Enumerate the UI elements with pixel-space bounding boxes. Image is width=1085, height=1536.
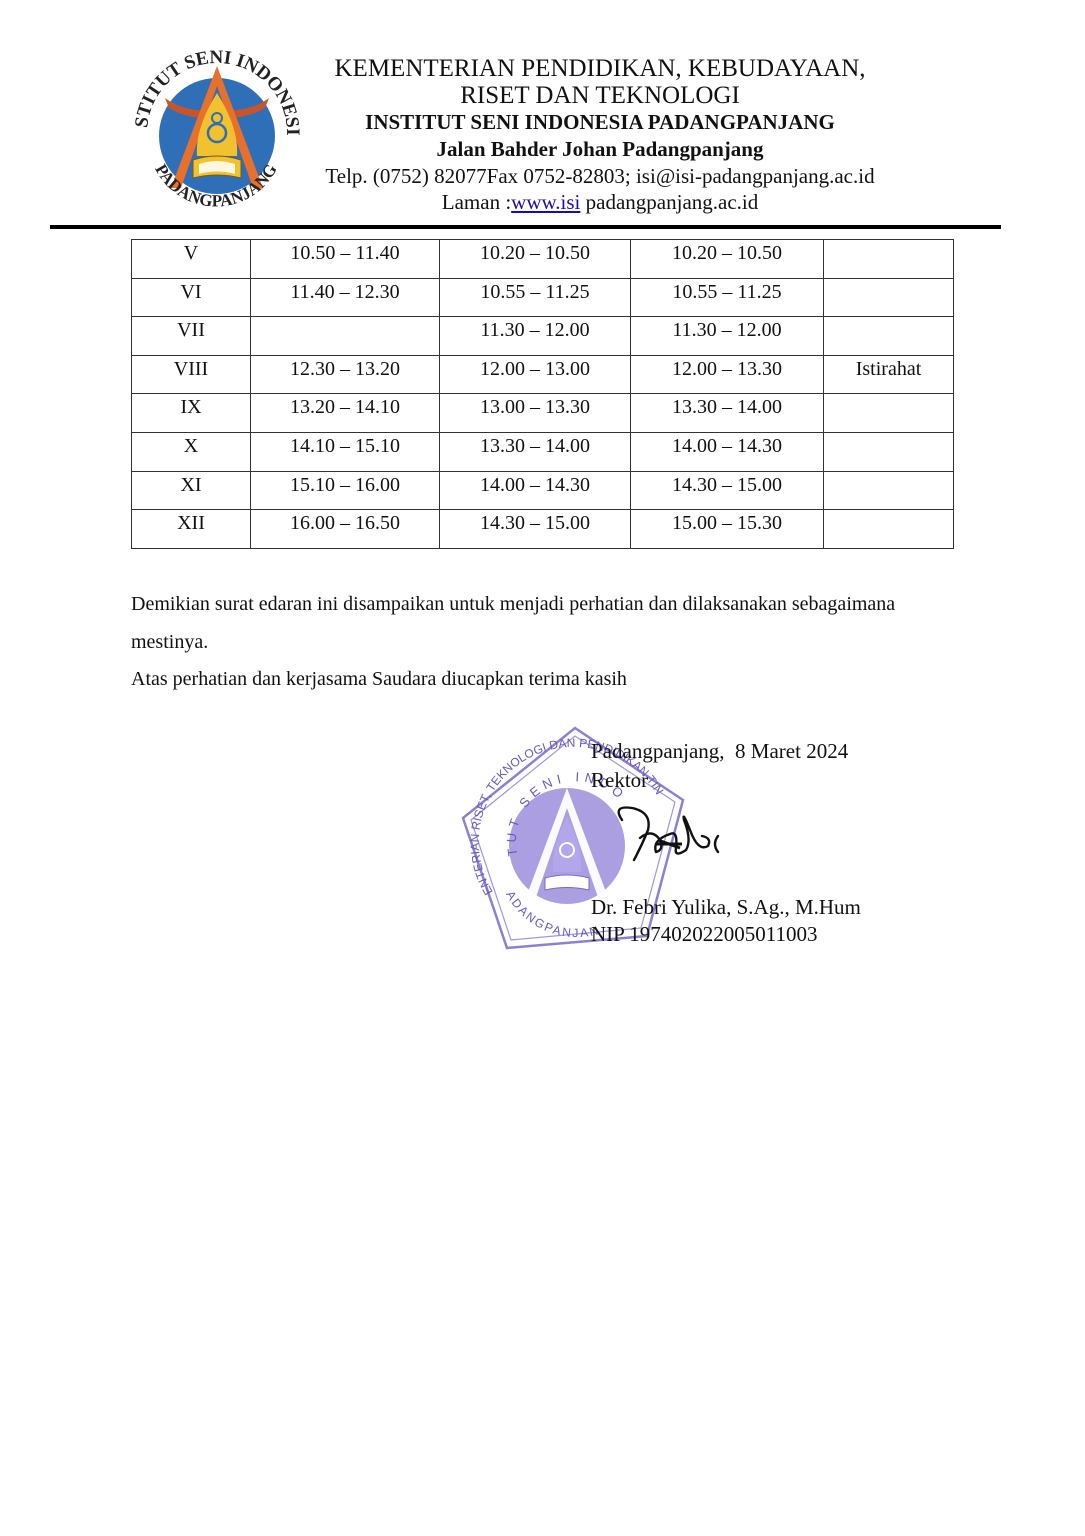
ministry-name-line2: RISET DAN TEKNOLOGI bbox=[300, 82, 900, 109]
session-number-cell: IX bbox=[132, 394, 251, 433]
session-number-cell: VIII bbox=[132, 355, 251, 394]
signatory-name: Dr. Febri Yulika, S.Ag., M.Hum bbox=[591, 893, 861, 921]
time-range-cell: 13.30 – 14.00 bbox=[440, 432, 631, 471]
schedule-table: V10.50 – 11.4010.20 – 10.5010.20 – 10.50… bbox=[131, 239, 954, 549]
contact-info: Telp. (0752) 82077Fax 0752-82803; isi@is… bbox=[300, 163, 900, 189]
time-range-cell: 10.55 – 11.25 bbox=[440, 278, 631, 317]
time-range-cell: 13.30 – 14.00 bbox=[631, 394, 824, 433]
time-range-cell: 12.00 – 13.00 bbox=[440, 355, 631, 394]
note-cell: Istirahat bbox=[824, 355, 954, 394]
signatory-nip: NIP 197402022005011003 bbox=[591, 920, 818, 948]
isi-padangpanjang-logo-icon: INSTITUT SENI INDONESIA PADANGPANJANG bbox=[125, 38, 307, 216]
time-range-cell: 15.10 – 16.00 bbox=[251, 471, 440, 510]
time-range-cell: 14.10 – 15.10 bbox=[251, 432, 440, 471]
session-number-cell: V bbox=[132, 240, 251, 279]
time-range-cell: 16.00 – 16.50 bbox=[251, 510, 440, 549]
time-range-cell bbox=[251, 317, 440, 356]
website-link[interactable]: www.isi bbox=[511, 190, 580, 214]
note-cell bbox=[824, 394, 954, 433]
note-cell bbox=[824, 471, 954, 510]
table-row: V10.50 – 11.4010.20 – 10.5010.20 – 10.50 bbox=[132, 240, 954, 279]
time-range-cell: 11.30 – 12.00 bbox=[631, 317, 824, 356]
handwritten-signature-icon bbox=[612, 800, 742, 870]
closing-paragraph: Demikian surat edaran ini disampaikan un… bbox=[131, 586, 971, 661]
session-number-cell: VI bbox=[132, 278, 251, 317]
website-suffix: padangpanjang.ac.id bbox=[580, 190, 758, 214]
time-range-cell: 14.30 – 15.00 bbox=[631, 471, 824, 510]
table-row: VI11.40 – 12.3010.55 – 11.2510.55 – 11.2… bbox=[132, 278, 954, 317]
note-cell bbox=[824, 432, 954, 471]
letterhead-text: KEMENTERIAN PENDIDIKAN, KEBUDAYAAN, RISE… bbox=[300, 55, 900, 215]
session-number-cell: XII bbox=[132, 510, 251, 549]
letterhead-divider bbox=[50, 225, 1001, 229]
session-number-cell: VII bbox=[132, 317, 251, 356]
closing-text: Demikian surat edaran ini disampaikan un… bbox=[131, 586, 971, 699]
time-range-cell: 11.30 – 12.00 bbox=[440, 317, 631, 356]
time-range-cell: 14.00 – 14.30 bbox=[631, 432, 824, 471]
table-row: VIII12.30 – 13.2012.00 – 13.0012.00 – 13… bbox=[132, 355, 954, 394]
table-row: XI15.10 – 16.0014.00 – 14.3014.30 – 15.0… bbox=[132, 471, 954, 510]
time-range-cell: 12.30 – 13.20 bbox=[251, 355, 440, 394]
time-range-cell: 14.30 – 15.00 bbox=[440, 510, 631, 549]
time-range-cell: 10.50 – 11.40 bbox=[251, 240, 440, 279]
time-range-cell: 10.20 – 10.50 bbox=[440, 240, 631, 279]
website-prefix: Laman : bbox=[442, 190, 511, 214]
note-cell bbox=[824, 317, 954, 356]
place-date: Padangpanjang, 8 Maret 2024 bbox=[591, 737, 848, 765]
session-number-cell: X bbox=[132, 432, 251, 471]
session-number-cell: XI bbox=[132, 471, 251, 510]
table-row: X14.10 – 15.1013.30 – 14.0014.00 – 14.30 bbox=[132, 432, 954, 471]
note-cell bbox=[824, 278, 954, 317]
website-line: Laman :www.isi padangpanjang.ac.id bbox=[300, 189, 900, 215]
time-range-cell: 15.00 – 15.30 bbox=[631, 510, 824, 549]
time-range-cell: 11.40 – 12.30 bbox=[251, 278, 440, 317]
note-cell bbox=[824, 240, 954, 279]
institution-address: Jalan Bahder Johan Padangpanjang bbox=[300, 136, 900, 163]
time-range-cell: 12.00 – 13.30 bbox=[631, 355, 824, 394]
signatory-position: Rektor bbox=[591, 766, 648, 794]
ministry-name-line1: KEMENTERIAN PENDIDIKAN, KEBUDAYAAN, bbox=[300, 55, 900, 82]
time-range-cell: 13.20 – 14.10 bbox=[251, 394, 440, 433]
time-range-cell: 10.55 – 11.25 bbox=[631, 278, 824, 317]
note-cell bbox=[824, 510, 954, 549]
institution-name: INSTITUT SENI INDONESIA PADANGPANJANG bbox=[300, 109, 900, 136]
thanks-paragraph: Atas perhatian dan kerjasama Saudara diu… bbox=[131, 661, 971, 699]
time-range-cell: 13.00 – 13.30 bbox=[440, 394, 631, 433]
time-range-cell: 14.00 – 14.30 bbox=[440, 471, 631, 510]
table-row: XII16.00 – 16.5014.30 – 15.0015.00 – 15.… bbox=[132, 510, 954, 549]
table-row: VII11.30 – 12.0011.30 – 12.00 bbox=[132, 317, 954, 356]
time-range-cell: 10.20 – 10.50 bbox=[631, 240, 824, 279]
table-row: IX13.20 – 14.1013.00 – 13.3013.30 – 14.0… bbox=[132, 394, 954, 433]
